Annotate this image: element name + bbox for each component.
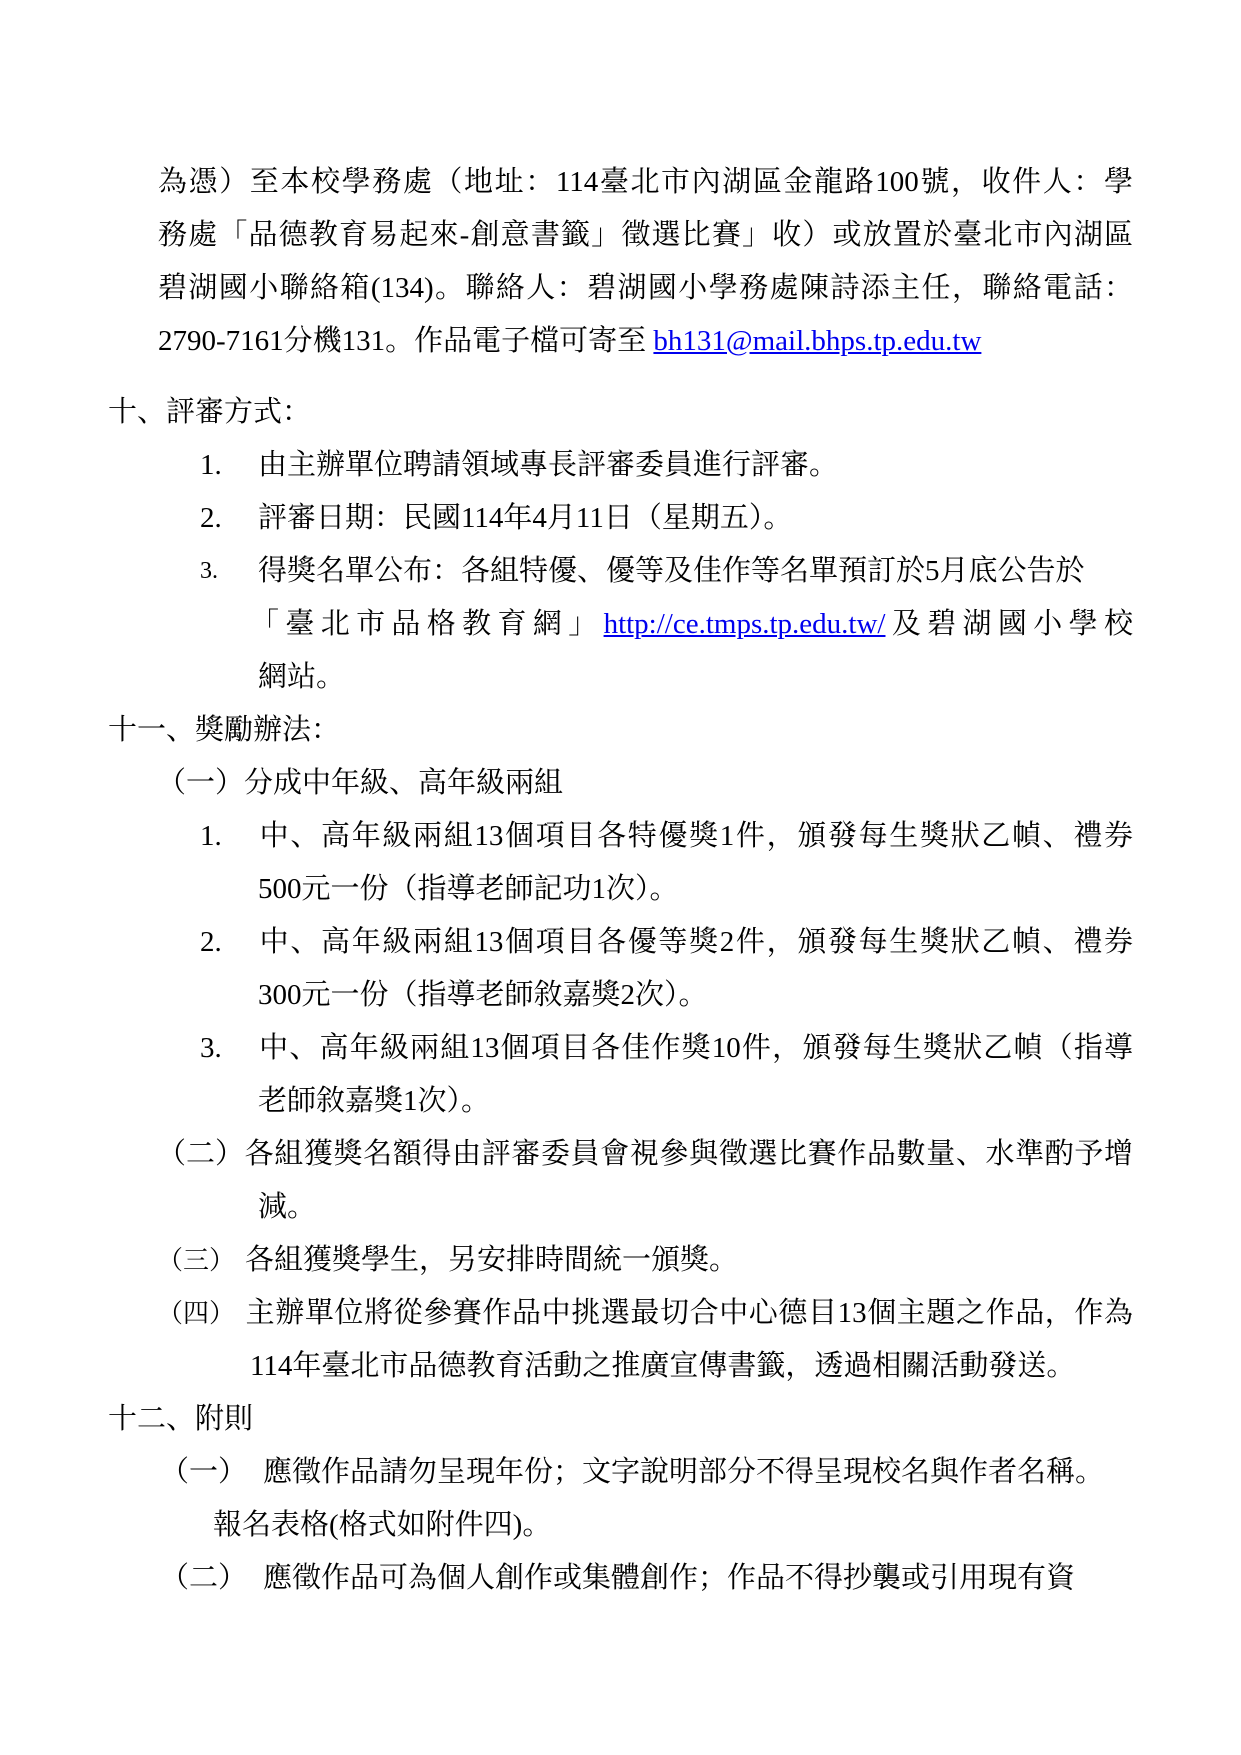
sub-item-text: 分成中年級、高年級兩組 bbox=[244, 767, 563, 799]
sub-item-label: （一） bbox=[160, 1446, 247, 1499]
item-number: 3. bbox=[200, 545, 258, 598]
intro-contact-text: 2790-7161分機131。作品電子檔可寄至 bbox=[158, 325, 653, 357]
section-10-item-3: 3.得獎名單公布：各組特優、優等及佳作等名單預訂於5月底公告於 bbox=[108, 545, 1133, 598]
item-text: 得獎名單公布：各組特優、優等及佳作等名單預訂於5月底公告於 bbox=[258, 555, 1085, 587]
section-11-sub-1-item-1-continuation: 500元一份（指導老師記功1次）。 bbox=[108, 863, 1133, 916]
section-11-sub-1-item-2-continuation: 300元一份（指導老師敘嘉獎2次）。 bbox=[108, 969, 1133, 1022]
item-text: 中、高年級兩組13個項目各優等獎2件，頒發每生獎狀乙幀、禮券 bbox=[258, 926, 1133, 958]
sub-item-label: （二） bbox=[157, 1128, 244, 1181]
url-link[interactable]: http://ce.tmps.tp.edu.tw/ bbox=[604, 608, 886, 640]
item-text: 及碧湖國小學校 bbox=[885, 608, 1133, 640]
sub-item-text: 主辦單位將從參賽作品中挑選最切合中心德目13個主題之作品，作為 bbox=[245, 1297, 1133, 1329]
item-text: 中、高年級兩組13個項目各特優獎1件，頒發每生獎狀乙幀、禮券 bbox=[258, 820, 1133, 852]
section-10-item-3-continuation-2: 網站。 bbox=[108, 651, 1133, 704]
section-11-sub-1-item-3: 3.中、高年級兩組13個項目各佳作獎10件，頒發每生獎狀乙幀（指導 bbox=[108, 1022, 1133, 1075]
sub-item-text: 應徵作品可為個人創作或集體創作；作品不得抄襲或引用現有資 bbox=[263, 1562, 1075, 1594]
sub-item-label: （四） bbox=[157, 1287, 235, 1340]
intro-line-2: 務處「品德教育易起來-創意書籤」徵選比賽」收）或放置於臺北市內湖區 bbox=[108, 209, 1133, 262]
sub-item-label: （三） bbox=[157, 1234, 235, 1287]
sub-item-text: 各組獲獎學生，另安排時間統一頒獎。 bbox=[245, 1244, 738, 1276]
section-11-sub-3: （三）各組獲獎學生，另安排時間統一頒獎。 bbox=[108, 1234, 1133, 1287]
sub-item-label: （一） bbox=[157, 757, 244, 810]
section-11-sub-4: （四）主辦單位將從參賽作品中挑選最切合中心德目13個主題之作品，作為 bbox=[108, 1287, 1133, 1340]
item-text: 「臺北市品格教育網」 bbox=[250, 608, 604, 640]
section-11-sub-1: （一）分成中年級、高年級兩組 bbox=[108, 757, 1133, 810]
section-12-sub-1-continuation: 報名表格(格式如附件四)。 bbox=[108, 1499, 1133, 1552]
section-12-sub-1: （一）應徵作品請勿呈現年份；文字說明部分不得呈現校名與作者名稱。 bbox=[108, 1446, 1133, 1499]
item-number: 2. bbox=[200, 492, 258, 545]
item-number: 3. bbox=[200, 1022, 258, 1075]
item-text: 由主辦單位聘請領域專長評審委員進行評審。 bbox=[258, 449, 838, 481]
intro-line-4: 2790-7161分機131。作品電子檔可寄至 bh131@mail.bhps.… bbox=[108, 315, 1133, 368]
section-11-sub-2: （二）各組獲獎名額得由評審委員會視參與徵選比賽作品數量、水準酌予增 bbox=[108, 1128, 1133, 1181]
section-11-sub-1-item-2: 2.中、高年級兩組13個項目各優等獎2件，頒發每生獎狀乙幀、禮券 bbox=[108, 916, 1133, 969]
intro-line-1: 為憑）至本校學務處（地址：114臺北市內湖區金龍路100號，收件人：學 bbox=[108, 156, 1133, 209]
document-page: 為憑）至本校學務處（地址：114臺北市內湖區金龍路100號，收件人：學 務處「品… bbox=[0, 0, 1241, 1755]
sub-item-text: 各組獲獎名額得由評審委員會視參與徵選比賽作品數量、水準酌予增 bbox=[244, 1138, 1133, 1170]
section-11-sub-4-continuation: 114年臺北市品德教育活動之推廣宣傳書籤，透過相關活動發送。 bbox=[108, 1340, 1133, 1393]
sub-item-label: （二） bbox=[160, 1552, 247, 1605]
section-10-item-2: 2.評審日期：民國114年4月11日（星期五）。 bbox=[108, 492, 1133, 545]
section-11-sub-1-item-1: 1.中、高年級兩組13個項目各特優獎1件，頒發每生獎狀乙幀、禮券 bbox=[108, 810, 1133, 863]
item-number: 1. bbox=[200, 439, 258, 492]
section-11-heading: 十一、獎勵辦法： bbox=[108, 704, 1133, 757]
section-11-sub-1-item-3-continuation: 老師敘嘉獎1次）。 bbox=[108, 1075, 1133, 1128]
email-link[interactable]: bh131@mail.bhps.tp.edu.tw bbox=[653, 325, 981, 357]
section-12-sub-2: （二）應徵作品可為個人創作或集體創作；作品不得抄襲或引用現有資 bbox=[108, 1552, 1133, 1605]
section-11-sub-2-continuation: 減。 bbox=[108, 1181, 1133, 1234]
intro-line-3: 碧湖國小聯絡箱(134)。聯絡人：碧湖國小學務處陳詩添主任，聯絡電話： bbox=[108, 262, 1133, 315]
item-number: 2. bbox=[200, 916, 258, 969]
section-10-item-1: 1.由主辦單位聘請領域專長評審委員進行評審。 bbox=[108, 439, 1133, 492]
item-number: 1. bbox=[200, 810, 258, 863]
item-text: 中、高年級兩組13個項目各佳作獎10件，頒發每生獎狀乙幀（指導 bbox=[258, 1032, 1133, 1064]
section-10-heading: 十、評審方式： bbox=[108, 386, 1133, 439]
item-text: 評審日期：民國114年4月11日（星期五）。 bbox=[258, 502, 792, 534]
sub-item-text: 應徵作品請勿呈現年份；文字說明部分不得呈現校名與作者名稱。 bbox=[263, 1456, 1104, 1488]
section-10-item-3-continuation: 「臺北市品格教育網」http://ce.tmps.tp.edu.tw/及碧湖國小… bbox=[108, 598, 1133, 651]
section-12-heading: 十二、附則 bbox=[108, 1393, 1133, 1446]
